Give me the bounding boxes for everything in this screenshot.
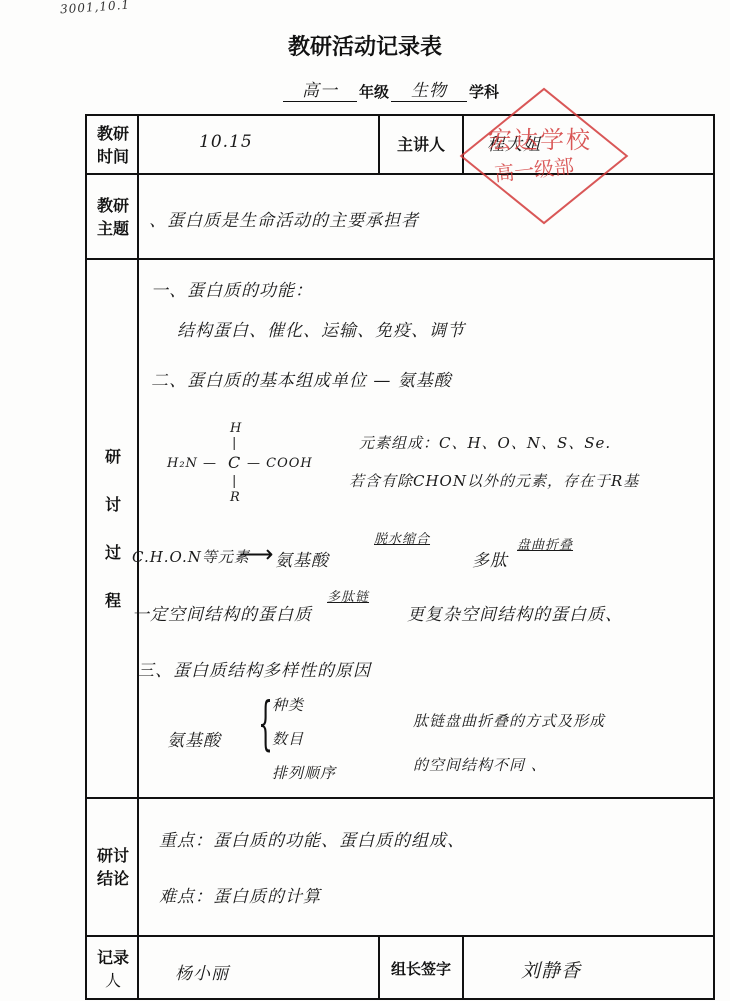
time-label: 教研 时间	[87, 116, 139, 173]
recorder-label-line1: 记录	[97, 946, 129, 969]
topic-label-line1: 教研	[97, 194, 129, 217]
diversity-item: 种类	[272, 694, 304, 715]
elements-note: 若含有除CHON以外的元素，存在于R基	[349, 470, 639, 491]
conclusion-label: 研讨 结论	[87, 799, 139, 935]
formula-bond: |	[232, 436, 237, 451]
diversity-right-line1: 肽链盘曲折叠的方式及形成	[413, 710, 605, 731]
key-point: 重点：蛋白质的功能、蛋白质的组成、	[159, 826, 465, 851]
section3-title: 三、蛋白质结构多样性的原因	[137, 656, 371, 681]
time-value: 10.15	[199, 132, 253, 152]
brace-icon: {	[258, 694, 273, 752]
section1-title: 一、蛋白质的功能：	[151, 276, 313, 301]
formula-right: — COOH	[247, 456, 313, 471]
grade-label: 年级	[359, 81, 389, 102]
speaker-value: 程大姐	[487, 130, 541, 155]
column-divider	[462, 116, 464, 173]
process-label-char: 过	[105, 529, 121, 577]
topic-label-line2: 主题	[97, 217, 129, 240]
recorder-label-line2: 人	[105, 969, 121, 992]
flow-step2: 多肽	[472, 546, 508, 571]
flow-step1: 氨基酸	[275, 546, 329, 571]
recorder-value: 杨小丽	[175, 959, 229, 984]
elements-line: 元素组成：C、H、O、N、S、Se.	[359, 432, 611, 453]
diversity-right-line2: 的空间结构不同 、	[413, 754, 547, 775]
recorder-label: 记录 人	[87, 937, 139, 1000]
formula-top: H	[230, 421, 242, 436]
topic-label: 教研 主题	[87, 175, 139, 258]
diversity-item: 排列顺序	[272, 762, 336, 783]
section1-body: 结构蛋白、催化、运输、免疫、调节	[177, 316, 465, 341]
arrow-icon: ⟶	[239, 540, 273, 568]
speaker-label: 主讲人	[380, 132, 462, 155]
page-title: 教研活动记录表	[0, 30, 730, 61]
flow-step3: 一定空间结构的蛋白质	[132, 600, 312, 625]
flow-step4: 更复杂空间结构的蛋白质、	[407, 600, 623, 625]
time-label-line1: 教研	[97, 122, 129, 145]
formula-left: H₂N —	[167, 456, 217, 471]
row-divider	[87, 797, 713, 799]
grade-field: 高一	[283, 76, 357, 102]
leader-signature: 刘静香	[521, 956, 581, 983]
subject-field: 生物	[391, 76, 467, 102]
flow-arrow2-label: 脱水缩合	[374, 528, 430, 547]
column-divider	[462, 935, 464, 1000]
row-divider	[87, 935, 713, 937]
corner-note: 3001,10.1	[60, 0, 131, 16]
flow-arrow3-label: 盘曲折叠	[517, 534, 573, 553]
difficulty: 难点：蛋白质的计算	[159, 882, 321, 907]
formula-center: C	[228, 453, 241, 472]
subject-label: 学科	[469, 81, 499, 102]
leader-sign-label: 组长签字	[380, 958, 462, 979]
process-label-char: 研	[105, 433, 121, 481]
conclusion-label-line1: 研讨	[97, 844, 129, 867]
diversity-left: 氨基酸	[167, 726, 221, 751]
conclusion-label-line2: 结论	[97, 867, 129, 890]
formula-bond: |	[232, 474, 237, 489]
diversity-item: 数目	[272, 728, 304, 749]
process-label-char: 讨	[105, 481, 121, 529]
row-divider	[87, 258, 713, 260]
flow-start: C.H.O.N等元素	[132, 546, 250, 567]
grade-subject-line: 高一 年级 生物 学科	[283, 76, 501, 102]
row-divider	[87, 173, 713, 175]
process-label: 研 讨 过 程	[87, 260, 139, 797]
flow-arrow4-label: 多肽链	[327, 586, 369, 605]
process-label-char: 程	[105, 577, 121, 625]
time-label-line2: 时间	[97, 145, 129, 168]
record-table: 教研 时间 10.15 主讲人 程大姐 教研 主题 、蛋白质是生命活动的主要承担…	[85, 114, 715, 1000]
formula-bottom: R	[230, 490, 241, 505]
section2-title: 二、蛋白质的基本组成单位 — 氨基酸	[151, 366, 452, 391]
topic-value: 、蛋白质是生命活动的主要承担者	[149, 206, 419, 231]
